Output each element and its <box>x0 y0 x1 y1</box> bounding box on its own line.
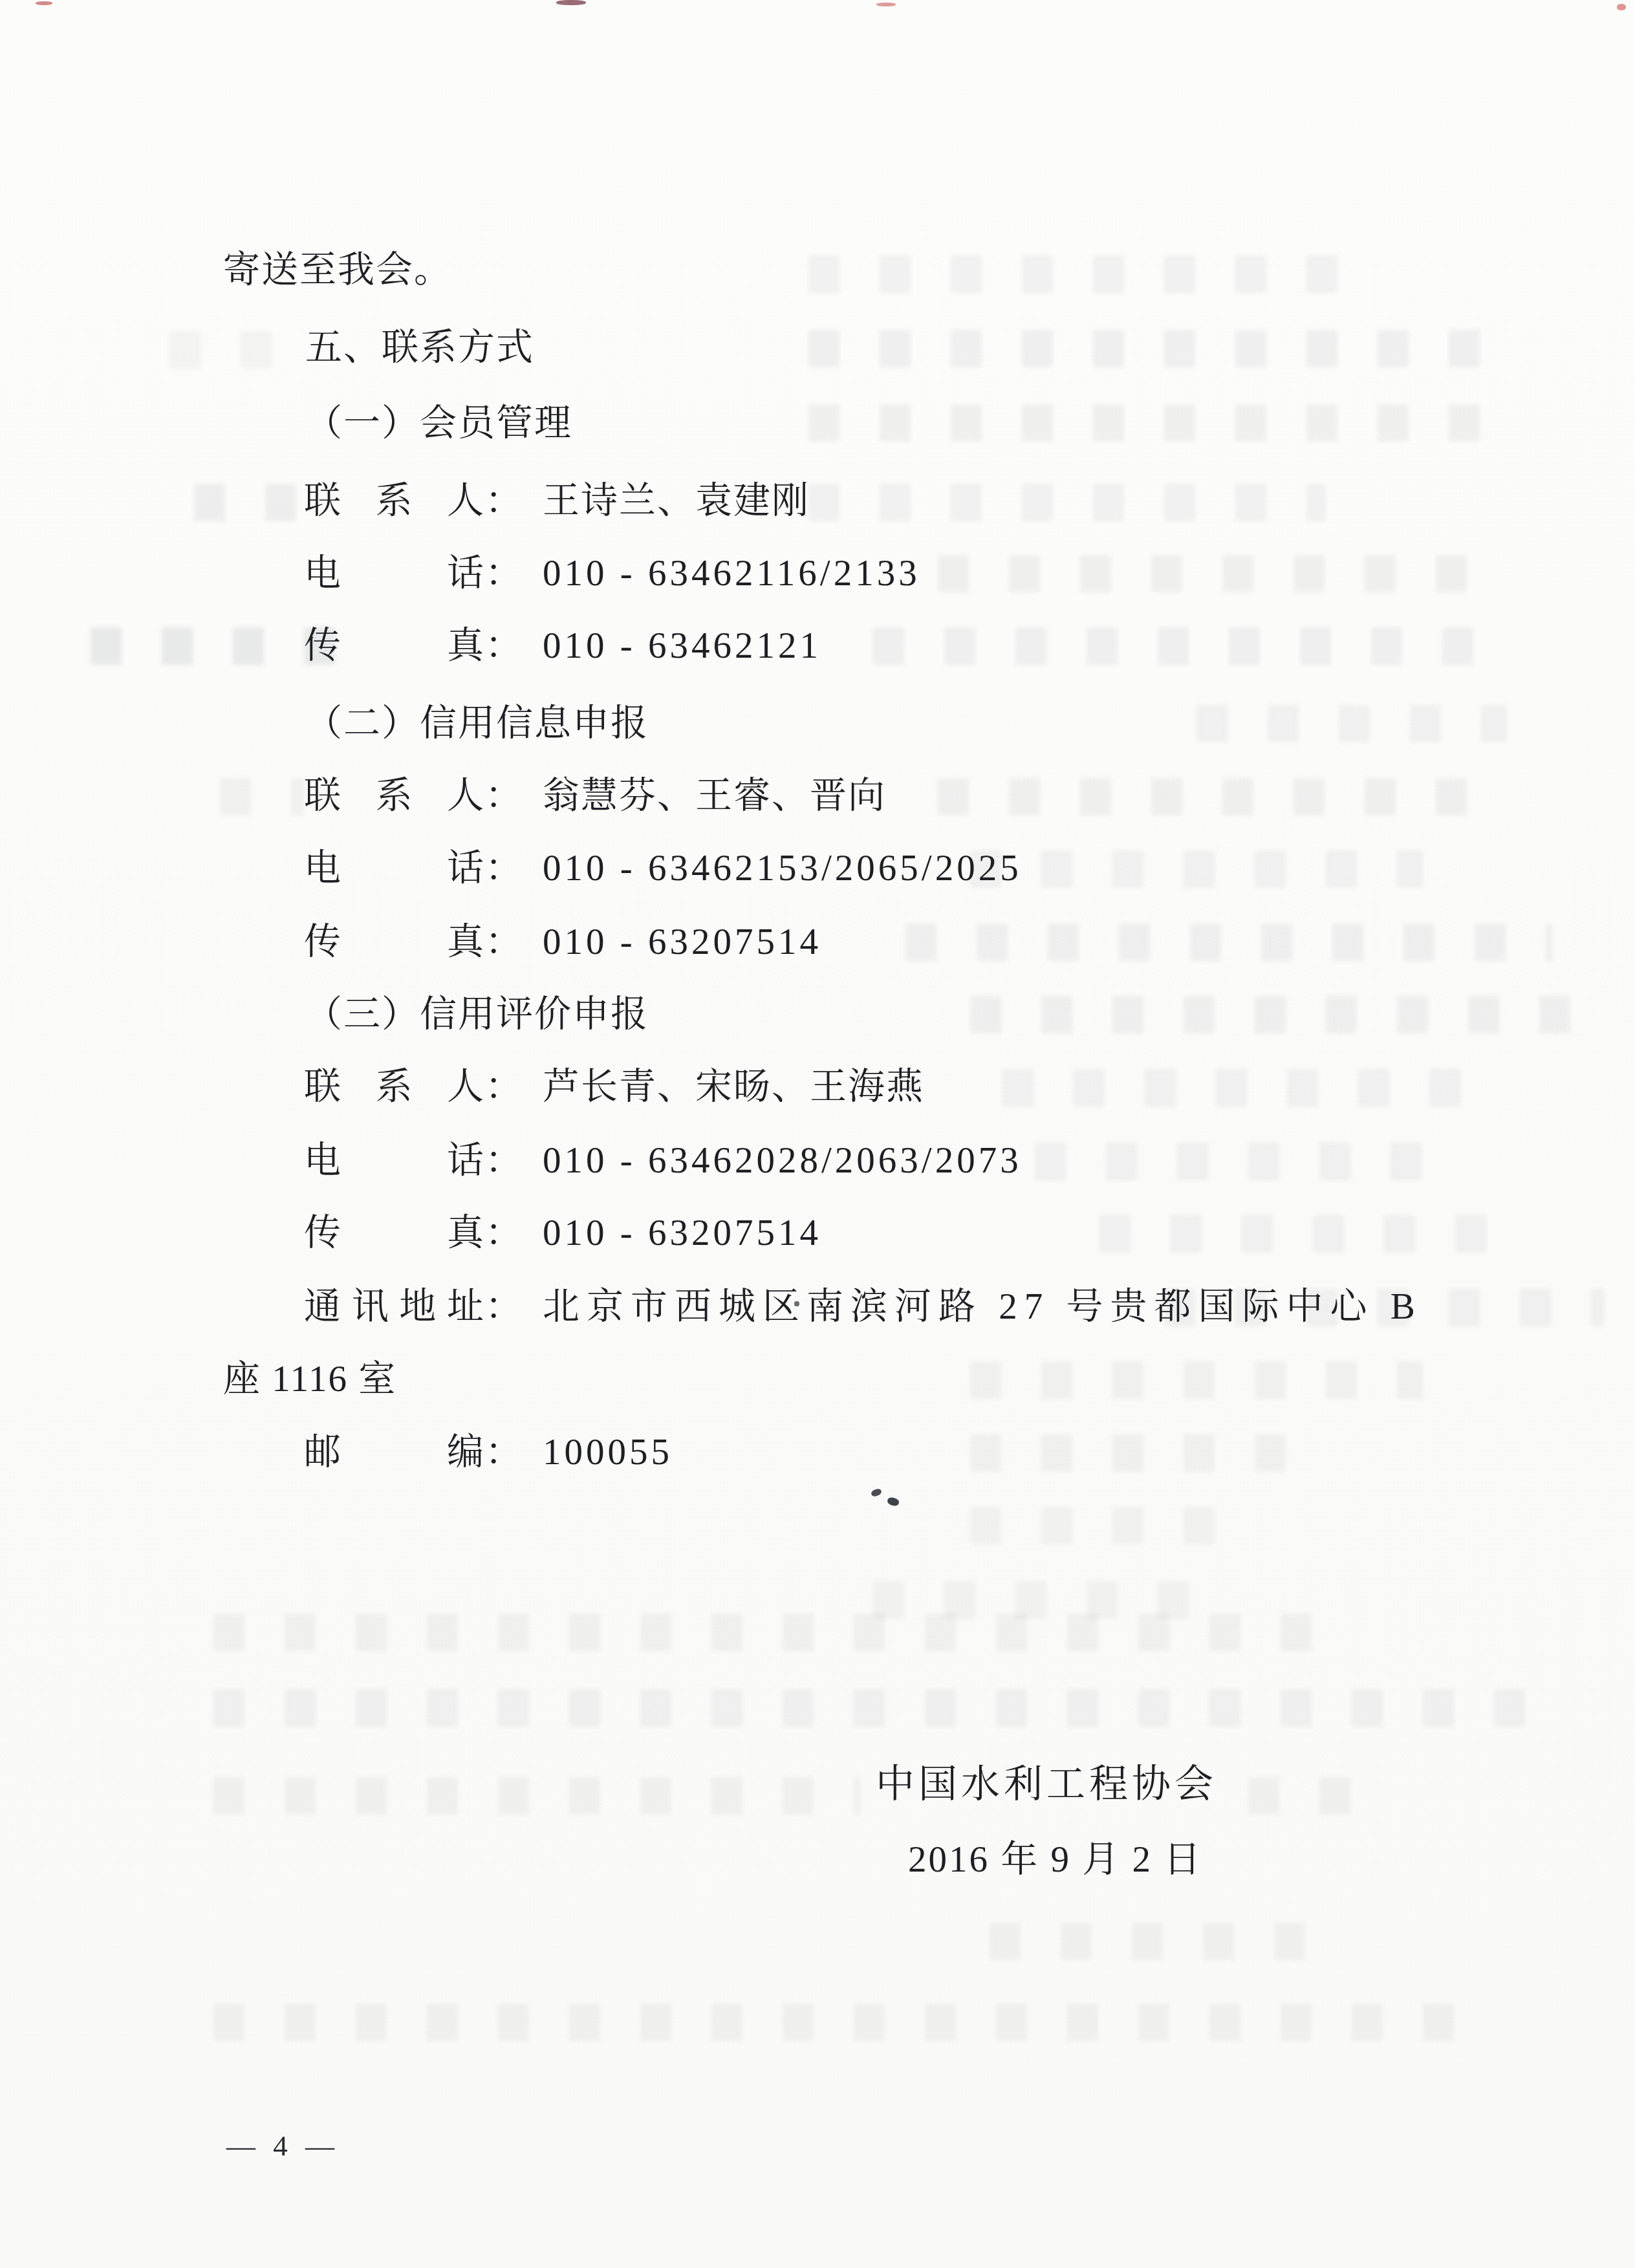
label-colon: ： <box>485 1066 523 1108</box>
fax-label: 传真 <box>304 1212 485 1255</box>
address-label: 通讯地址 <box>304 1286 485 1328</box>
subsection-2-fax-row: 传真：010 - 63207514 <box>304 921 821 964</box>
fax-label: 传真 <box>304 921 485 964</box>
bleed-through-row <box>220 778 304 815</box>
scan-speck <box>876 3 896 6</box>
subsection-1-phone-row: 电话：010 - 63462116/2133 <box>304 552 920 595</box>
bleed-through-row <box>970 996 1604 1033</box>
bleed-through-row <box>873 627 1488 665</box>
ink-speck <box>871 1488 882 1498</box>
label-colon: ： <box>485 847 523 890</box>
section-title: 五、联系方式 <box>305 327 534 369</box>
label-colon: ： <box>485 625 523 667</box>
signature-date: 2016 年 9 月 2 日 <box>908 1839 1202 1881</box>
subsection-2-contact-row: 联系人：翁慧芬、王睿、晋向 <box>304 775 886 817</box>
bleed-through-row <box>990 1923 1332 1960</box>
phone-label: 电话 <box>304 552 485 595</box>
page-number: — 4 — <box>226 2130 340 2163</box>
bleed-through-row <box>808 404 1494 442</box>
bleed-through-row <box>169 331 292 369</box>
subsection-3-heading: （三）信用评价申报 <box>305 993 649 1036</box>
bleed-through-row <box>213 1614 1332 1651</box>
bleed-through-row <box>970 1434 1294 1472</box>
scan-speck <box>1617 4 1626 10</box>
postal-row: 邮编：100055 <box>304 1431 673 1474</box>
bleed-through-row <box>970 1361 1423 1399</box>
contact-label: 联系人 <box>304 775 485 817</box>
ink-speck <box>887 1496 900 1507</box>
bleed-through-row <box>1099 1215 1488 1253</box>
phone-value: 010 - 63462153/2065/2025 <box>543 848 1022 889</box>
bleed-through-row <box>808 330 1481 367</box>
phone-value: 010 - 63462116/2133 <box>543 553 920 594</box>
bleed-through-row <box>91 627 336 665</box>
fax-value: 010 - 63207514 <box>543 1213 821 1253</box>
contact-label: 联系人 <box>304 1066 485 1108</box>
contact-label: 联系人 <box>304 480 485 523</box>
bleed-through-row <box>938 555 1488 592</box>
scanned-document-page: 寄送至我会。 五、联系方式 （一）会员管理 联系人：王诗兰、袁建刚 电话：010… <box>0 0 1635 2268</box>
bleed-through-row <box>970 1507 1229 1544</box>
intro-line: 寄送至我会。 <box>223 249 452 292</box>
contact-value: 芦长青、宋旸、王海燕 <box>543 1066 924 1107</box>
bleed-through-row <box>905 923 1552 961</box>
bleed-through-row <box>213 1689 1533 1727</box>
label-colon: ： <box>485 1212 523 1255</box>
contact-value: 翁慧芬、王睿、晋向 <box>543 775 886 816</box>
contact-value: 王诗兰、袁建刚 <box>543 481 810 521</box>
postal-value: 100055 <box>543 1432 673 1473</box>
fax-label: 传真 <box>304 625 485 667</box>
phone-label: 电话 <box>304 847 485 890</box>
bleed-through-row <box>213 1777 860 1815</box>
fax-value: 010 - 63462121 <box>543 625 821 666</box>
address-value-line1: 北京市西城区南滨河路 27 号贵都国际中心 B <box>543 1286 1422 1327</box>
bleed-through-row <box>808 484 1326 521</box>
bleed-through-row <box>808 255 1358 293</box>
bleed-through-row <box>213 2003 1475 2041</box>
bleed-through-row <box>938 778 1488 815</box>
label-colon: ： <box>485 921 523 964</box>
label-colon: ： <box>485 775 523 817</box>
subsection-2-heading: （二）信用信息申报 <box>305 702 649 745</box>
subsection-3-phone-row: 电话：010 - 63462028/2063/2073 <box>304 1139 1022 1182</box>
label-colon: ： <box>485 1139 523 1182</box>
phone-label: 电话 <box>304 1139 485 1182</box>
postal-label: 邮编 <box>304 1431 485 1474</box>
fax-value: 010 - 63207514 <box>543 922 821 962</box>
bleed-through-row <box>1002 1069 1488 1107</box>
subsection-1-fax-row: 传真：010 - 63462121 <box>304 625 821 667</box>
phone-value: 010 - 63462028/2063/2073 <box>543 1140 1022 1181</box>
scan-speck <box>36 1 52 5</box>
scan-speck <box>556 0 586 5</box>
subsection-3-contact-row: 联系人：芦长青、宋旸、王海燕 <box>304 1066 924 1108</box>
label-colon: ： <box>485 1286 523 1328</box>
bleed-through-row <box>1035 1143 1455 1180</box>
signature-organization: 中国水利工程协会 <box>876 1762 1217 1807</box>
subsection-1-heading: （一）会员管理 <box>305 402 572 445</box>
bleed-through-row <box>1248 1777 1391 1815</box>
subsection-1-contact-row: 联系人：王诗兰、袁建刚 <box>304 480 810 523</box>
bleed-through-row <box>1196 705 1507 742</box>
address-value-line2: 座 1116 室 <box>223 1358 396 1401</box>
address-row: 通讯地址：北京市西城区南滨河路 27 号贵都国际中心 B <box>304 1286 1422 1328</box>
bleed-through-row <box>970 850 1423 888</box>
label-colon: ： <box>485 552 523 595</box>
subsection-2-phone-row: 电话：010 - 63462153/2065/2025 <box>304 847 1022 890</box>
subsection-3-fax-row: 传真：010 - 63207514 <box>304 1212 821 1255</box>
label-colon: ： <box>485 1431 523 1474</box>
label-colon: ： <box>485 480 523 523</box>
